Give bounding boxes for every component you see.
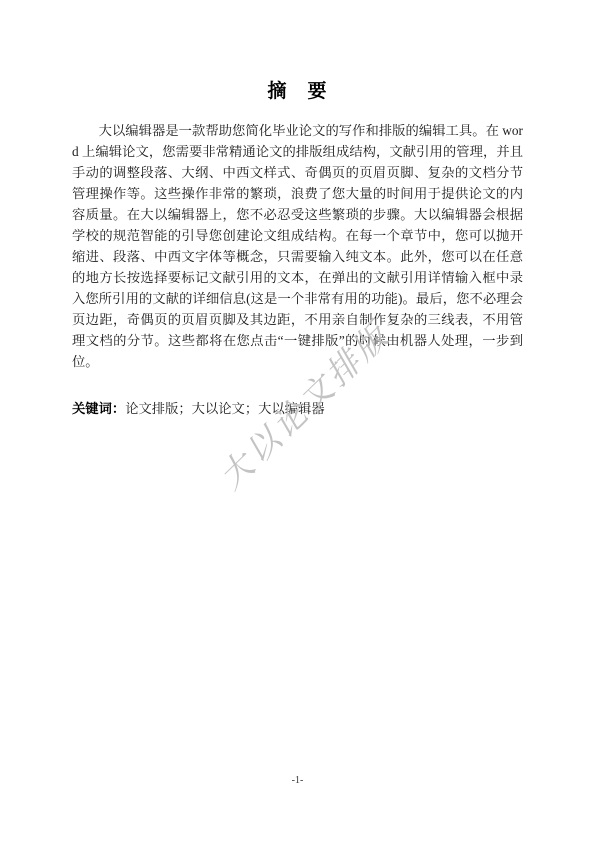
keywords-line: 关键词：论文排版；大以论文；大以编辑器: [72, 398, 523, 419]
keywords-label: 关键词：: [72, 401, 125, 416]
page-footer: -1-: [0, 774, 595, 788]
keywords-text: 论文排版；大以论文；大以编辑器: [125, 401, 324, 416]
page-number: -1-: [292, 775, 304, 786]
abstract-paragraph: 大以编辑器是一款帮助您简化毕业论文的写作和排版的编辑工具。在 word 上编辑论…: [72, 120, 523, 372]
page-title: 摘 要: [0, 82, 595, 102]
abstract-page: 摘 要 大以编辑器是一款帮助您简化毕业论文的写作和排版的编辑工具。在 word …: [0, 0, 595, 842]
